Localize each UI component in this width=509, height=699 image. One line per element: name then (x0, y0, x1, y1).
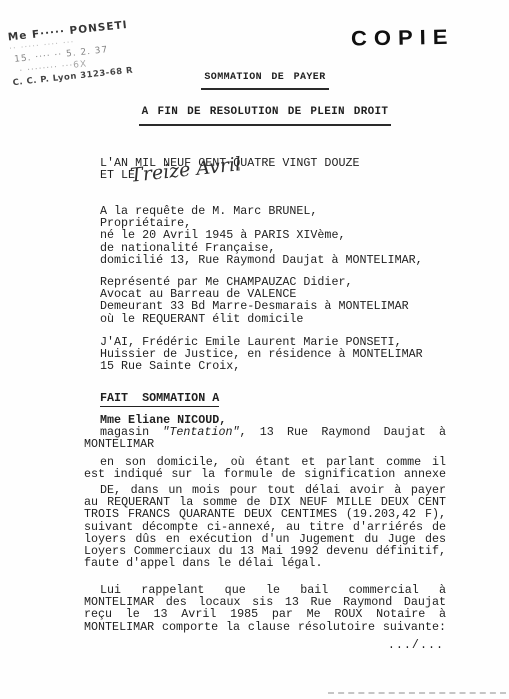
requerant-line: domicilié 13, Rue Raymond Daujat à MONTE… (100, 254, 446, 266)
requerant-paragraph: A la requête de M. Marc BRUNEL, Propriét… (100, 205, 446, 266)
signification-line: est indiqué sur la formule de significat… (84, 468, 446, 480)
rappel-line: reçu le 13 Avril 1985 par Me ROUX Notair… (84, 608, 446, 620)
address-suffix: , 13 Rue Raymond Daujat à (240, 425, 447, 439)
requerant-line: de nationalité Française, (100, 242, 446, 254)
representant-line: où le REQUERANT élit domicile (100, 313, 446, 325)
representant-paragraph: Représenté par Me CHAMPAUZAC Didier, Avo… (100, 276, 446, 325)
scan-edge-artifact (328, 692, 506, 694)
destinataire-paragraph: Mme Eliane NICOUD, magasin "Tentation", … (84, 414, 446, 451)
continuation-mark: .../... (388, 638, 444, 652)
signification-paragraph: en son domicile, où étant et parlant com… (84, 456, 446, 480)
sommation-heading: FAIT SOMMATION A (100, 391, 219, 407)
rappel-line: MONTELIMAR comporte la clause résolutoir… (84, 621, 446, 633)
demande-line: suivant décompte ci-annexé, au titre d'a… (84, 521, 446, 533)
scanned-document-page: Me F····· PONSETI ·· ····· ···· ··· 15. … (0, 0, 509, 699)
demande-line: faute d'appel dans le délai légal. (84, 557, 446, 569)
rappel-paragraph: Lui rappelant que le bail commercial à M… (84, 584, 446, 633)
huissier-line: 15 Rue Sainte Croix, (100, 360, 446, 372)
demande-paragraph: DE, dans un mois pour tout délai avoir à… (84, 484, 446, 569)
shop-name: "Tentation" (162, 425, 239, 439)
destinataire-city: MONTELIMAR (84, 438, 446, 450)
demande-line: TROIS FRANCS QUARANTE DEUX CENTIMES (19.… (84, 508, 446, 520)
requerant-line: né le 20 Avril 1945 à PARIS XIVème, (100, 229, 446, 241)
representant-line: Demeurant 33 Bd Marre-Desmarais à MONTEL… (100, 300, 446, 312)
text-column: L'AN MIL NEUF CENT QUATRE VINGT DOUZE ET… (84, 0, 446, 699)
huissier-paragraph: J'AI, Frédéric Emile Laurent Marie PONSE… (100, 336, 446, 373)
